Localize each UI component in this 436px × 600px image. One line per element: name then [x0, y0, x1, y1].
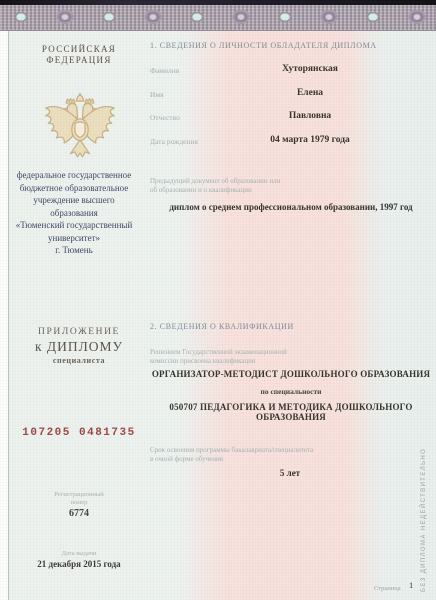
invalid-without-diploma-note: БЕЗ ДИПЛОМА НЕДЕЙСТВИТЕЛЬНО [421, 448, 427, 592]
registration-number-label: Регистрационный номер [18, 491, 140, 507]
country-title: РОССИЙСКАЯ ФЕДЕРАЦИЯ [18, 44, 140, 66]
study-duration-label: Срок освоения программы бакалавриата/спе… [150, 446, 313, 464]
patronymic-label: Отчество [150, 113, 180, 122]
russian-coat-of-arms-icon [42, 88, 118, 170]
page-fold-line [8, 30, 9, 600]
field-row-patronymic: Отчество Павловна [150, 111, 430, 125]
page-label: Страница [374, 585, 401, 592]
field-row-surname: Фамилия Хуторянская [150, 64, 430, 78]
qualification-value: ОРГАНИЗАТОР-МЕТОДИСТ ДОШКОЛЬНОГО ОБРАЗОВ… [148, 369, 434, 379]
previous-document-value: диплом о среднем профессиональном образо… [150, 202, 432, 212]
section2-heading: 2. СВЕДЕНИЯ О КВАЛИФИКАЦИИ [150, 322, 432, 331]
specialty-value: 050707 ПЕДАГОГИКА И МЕТОДИКА ДОШКОЛЬНОГО… [146, 402, 436, 422]
issue-date: 21 декабря 2015 года [8, 559, 150, 569]
field-row-firstname: Имя Елена [150, 88, 430, 102]
diploma-supplement-page: РОССИЙСКАЯ ФЕДЕРАЦИЯ федеральное государ… [0, 0, 436, 600]
institution-name: федеральное государственное бюджетное об… [6, 169, 142, 257]
surname-value: Хуторянская [150, 64, 430, 74]
specialty-label: по специальности [150, 387, 432, 396]
firstname-value: Елена [150, 88, 430, 98]
study-duration-value: 5 лет [150, 468, 430, 478]
section1-heading: 1. СВЕДЕНИЯ О ЛИЧНОСТИ ОБЛАДАТЕЛЯ ДИПЛОМ… [150, 41, 432, 50]
supplement-title: ПРИЛОЖЕНИЕ [18, 327, 140, 337]
surname-label: Фамилия [150, 66, 179, 75]
guilloche-security-border [0, 5, 436, 31]
registration-number: 6774 [18, 508, 140, 519]
supplement-title-diploma: к ДИПЛОМУ [18, 339, 140, 355]
patronymic-value: Павловна [150, 111, 430, 121]
birthdate-label: Дата рождения [150, 137, 198, 146]
issue-date-label: Дата выдачи [18, 550, 140, 557]
field-row-birthdate: Дата рождения 04 марта 1979 года [150, 135, 430, 149]
page-number: 1 [409, 580, 413, 590]
supplement-title-specialist: специалиста [18, 356, 140, 365]
firstname-label: Имя [150, 90, 164, 99]
serial-number: 107205 0481735 [8, 427, 150, 439]
previous-document-label: Предыдущий документ об образовании или о… [150, 177, 280, 195]
qualification-decision-label: Решением Государственной экзаменационной… [150, 348, 287, 366]
